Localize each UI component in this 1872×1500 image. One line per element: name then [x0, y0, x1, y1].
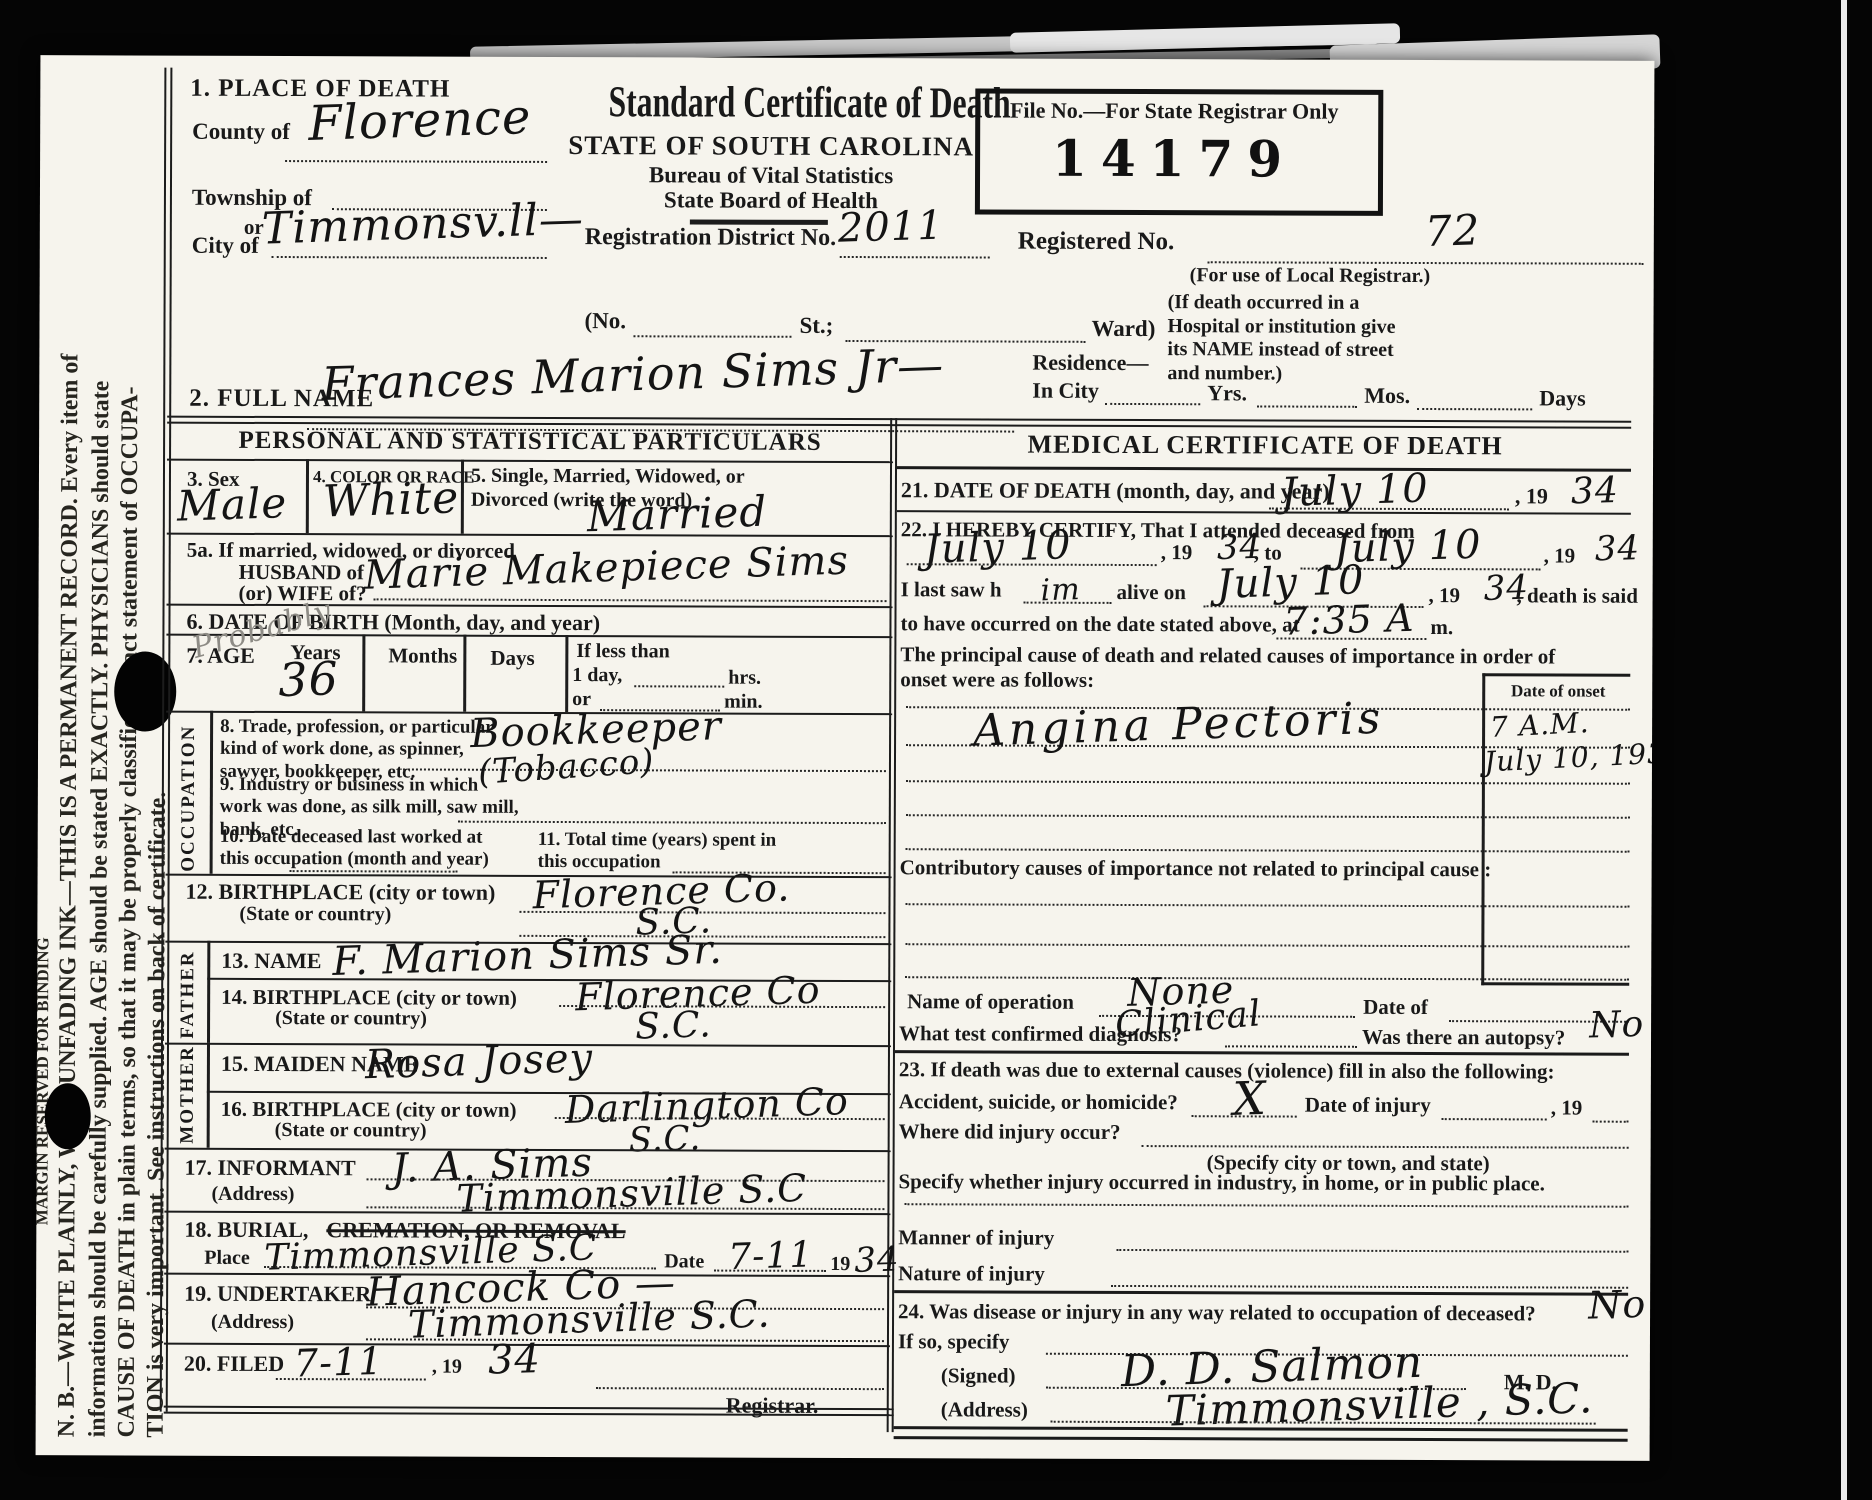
registered-no-value: 72: [1424, 205, 1481, 256]
accident-mark-value: X: [1232, 1071, 1267, 1126]
medical-section-title: MEDICAL CERTIFICATE OF DEATH: [899, 430, 1631, 460]
father-name-label: 13. NAME: [221, 949, 321, 972]
time-m-label: m.: [1430, 616, 1453, 638]
nature-of-injury-label: Nature of injury: [898, 1262, 1045, 1285]
rule: [362, 634, 365, 711]
father-birthplace-label: 14. BIRTHPLACE (city or town): [221, 986, 517, 1009]
filed-year-value: 34: [487, 1336, 541, 1384]
scanned-death-certificate: MARGIN RESERVED FOR BINDING N. B.—WRITE …: [0, 0, 1872, 1500]
mother-side-label: MOTHER: [177, 1045, 199, 1144]
signature-address-label: (Address): [941, 1398, 1028, 1420]
margin-note-line3: CAUSE OF DEATH in plain terms, so that i…: [114, 107, 146, 1437]
personal-section-title: PERSONAL AND STATISTICAL PARTICULARS: [171, 428, 889, 457]
autopsy-value: No: [1588, 1004, 1644, 1047]
rule: [894, 1436, 1628, 1442]
injury-date-label: Date of injury: [1305, 1094, 1431, 1116]
rule: [272, 256, 547, 259]
race-value: White: [322, 472, 460, 527]
residence-label: Residence—: [1032, 351, 1148, 374]
dod-year-value: 34: [1570, 470, 1619, 512]
ward-label: Ward): [1091, 317, 1155, 341]
scanner-bed-line: [1841, 0, 1847, 1500]
rule: [374, 598, 887, 602]
rule: [1417, 408, 1532, 410]
rule: [167, 533, 893, 538]
last-saw-label: I last saw h: [901, 578, 1002, 600]
local-registrar-note: (For use of Local Registrar.): [1190, 265, 1431, 287]
hole-punch: [114, 651, 176, 731]
rule: [565, 635, 568, 712]
alive-on-label: alive on: [1117, 581, 1186, 603]
where-injury-label: Where did injury occur?: [899, 1120, 1121, 1143]
rule: [290, 870, 458, 873]
occupation-related-value: No: [1587, 1282, 1646, 1328]
hole-punch: [45, 1083, 91, 1149]
rule: [463, 635, 466, 712]
father-side-label: FATHER: [177, 950, 199, 1038]
birthplace-label: 12. BIRTHPLACE (city or town): [185, 880, 495, 904]
rule: [1481, 982, 1629, 986]
state-country-label: (State or country): [239, 904, 391, 926]
rule: [905, 903, 1629, 908]
onset-time-value: 7 A.M.: [1489, 706, 1590, 744]
mother-birthplace-label: 16. BIRTHPLACE (city or town): [221, 1098, 517, 1121]
hospital-note: (If death occurred in a Hospital or inst…: [1167, 291, 1395, 386]
marital-value: Married: [586, 487, 768, 542]
rule: [207, 1043, 210, 1148]
street-no-label: (No.: [584, 309, 626, 333]
informant-address-label: (Address): [211, 1184, 294, 1205]
one-day-label: 1 day,: [572, 665, 622, 686]
occupation-related-label: 24. Was disease or injury in any way rel…: [898, 1300, 1536, 1324]
rule: [892, 418, 898, 1432]
occupation-side-label: OCCUPATION: [178, 725, 201, 872]
undertaker-address-label: (Address): [211, 1312, 294, 1333]
rule: [633, 335, 791, 338]
mother-state-label: (State or country): [275, 1120, 427, 1142]
burial-19-label: 19: [830, 1254, 850, 1275]
mother-birthplace-value: Darlington Co: [564, 1079, 849, 1132]
rule: [167, 459, 893, 464]
rule: [714, 1270, 826, 1272]
min-label: min.: [724, 692, 762, 713]
to-19-label: , 19: [1544, 544, 1576, 566]
operation-date-label: Date of: [1363, 996, 1428, 1018]
occurred-label: to have occurred on the date stated abov…: [900, 612, 1299, 635]
lastsaw-19-label: , 19: [1429, 584, 1461, 606]
certificate-page: MARGIN RESERVED FOR BINDING N. B.—WRITE …: [36, 55, 1655, 1461]
mother-state-value: S.C.: [628, 1118, 702, 1160]
rule: [840, 256, 990, 259]
rule: [1442, 1118, 1547, 1120]
rule: [1116, 1249, 1628, 1253]
death-said-label: , death is said: [1517, 584, 1638, 606]
father-state-value: S.C.: [634, 1004, 712, 1047]
rule: [905, 943, 1629, 948]
city-label: City of: [192, 234, 259, 258]
informant-label: 17. INFORMANT: [185, 1156, 356, 1180]
county-label: County of: [192, 120, 290, 144]
rule: [895, 1050, 1629, 1056]
rule: [1257, 405, 1357, 407]
autopsy-label: Was there an autopsy?: [1362, 1026, 1565, 1049]
rule: [897, 510, 1631, 515]
date-of-death-label: 21. DATE OF DEATH (month, day, and year): [901, 478, 1330, 503]
age-years-value: 36: [277, 651, 339, 707]
rule: [285, 160, 547, 163]
rule: [210, 711, 214, 874]
registration-district-value: 2011: [837, 203, 944, 252]
external-causes-label: 23. If death was due to external causes …: [899, 1058, 1555, 1082]
manner-of-injury-label: Manner of injury: [898, 1226, 1054, 1249]
file-number-stamp: 14179: [980, 132, 1368, 186]
rule: [1482, 673, 1630, 677]
last-worked-label: 10. Date deceased last worked at this oc…: [220, 826, 515, 872]
rule: [1225, 1045, 1357, 1047]
specify-where-label: Specify whether injury occurred in indus…: [898, 1170, 1544, 1194]
file-box-label: File No.—For State Registrar Only: [980, 98, 1368, 122]
sex-value: Male: [176, 478, 288, 530]
time-of-death-value: 7:35 A: [1283, 596, 1415, 644]
filed-19-label: , 19: [432, 1357, 462, 1378]
rule: [1105, 403, 1200, 405]
registered-no-label: Registered No.: [1018, 229, 1175, 256]
rule: [1481, 673, 1485, 985]
days-column-label: Days: [490, 647, 534, 669]
filed-label: 20. FILED: [184, 1352, 284, 1375]
less-than-label: If less than: [576, 641, 669, 662]
mos-label: Mos.: [1364, 384, 1410, 407]
date-of-onset-label: Date of onset: [1488, 682, 1628, 700]
yrs-label: Yrs.: [1207, 381, 1247, 404]
hrs-label: hrs.: [728, 668, 761, 689]
certificate-title: Standard Certificate of Death: [608, 79, 934, 126]
days-label: Days: [1539, 386, 1586, 409]
rule: [1111, 1285, 1628, 1289]
contributory-label: Contributory causes of importance not re…: [900, 856, 1492, 880]
rule: [906, 848, 1630, 853]
margin-note-line1: N. B.—WRITE PLAINLY, WITH UNFADING INK—T…: [54, 107, 86, 1437]
rule: [306, 459, 309, 533]
injury-19-label: , 19: [1551, 1096, 1583, 1118]
undertaker-label: 19. UNDERTAKER: [184, 1282, 371, 1306]
rule: [461, 460, 464, 534]
rule: [894, 1290, 1628, 1296]
rule: [207, 941, 210, 1043]
date-of-death-value: July 10: [1280, 465, 1429, 516]
registration-district-label: Registration District No.: [585, 225, 836, 251]
father-state-label: (State or country): [275, 1008, 427, 1030]
state-line: STATE OF SOUTH CAROLINA: [545, 131, 997, 161]
signed-label: (Signed): [941, 1364, 1016, 1386]
burial-place-label: Place: [204, 1248, 250, 1269]
margin-note-line2: information should be carefully supplied…: [85, 107, 117, 1437]
city-value: Timmonsv.ll—: [261, 193, 584, 254]
last-saw-him-value: im: [1040, 572, 1081, 608]
bureau-line: Bureau of Vital Statistics: [545, 163, 997, 189]
accident-label: Accident, suicide, or homicide?: [899, 1090, 1178, 1113]
rule: [897, 466, 1631, 472]
rule: [1142, 1145, 1629, 1149]
rule: [634, 685, 724, 687]
street-label: St.;: [799, 314, 833, 338]
full-name-value: Frances Marion Sims Jr—: [321, 337, 945, 411]
margin-binding-note: MARGIN RESERVED FOR BINDING: [36, 937, 54, 1225]
rule: [906, 814, 1630, 819]
to-year-value: 34: [1594, 528, 1640, 569]
rule: [906, 780, 1630, 785]
rule: [905, 976, 1629, 981]
in-city-label: In City: [1032, 379, 1099, 402]
rule: [596, 1387, 884, 1390]
months-column-label: Months: [388, 644, 457, 666]
from-19-label: , 19: [1161, 541, 1193, 563]
dod-19-label: , 19: [1515, 484, 1548, 507]
rule: [904, 1203, 1628, 1208]
if-so-label: If so, specify: [898, 1330, 1009, 1352]
rule: [1593, 1121, 1629, 1123]
operation-label: Name of operation: [907, 990, 1074, 1013]
county-value: Florence: [307, 89, 532, 152]
mother-name-value: Rosa Josey: [364, 1035, 594, 1088]
